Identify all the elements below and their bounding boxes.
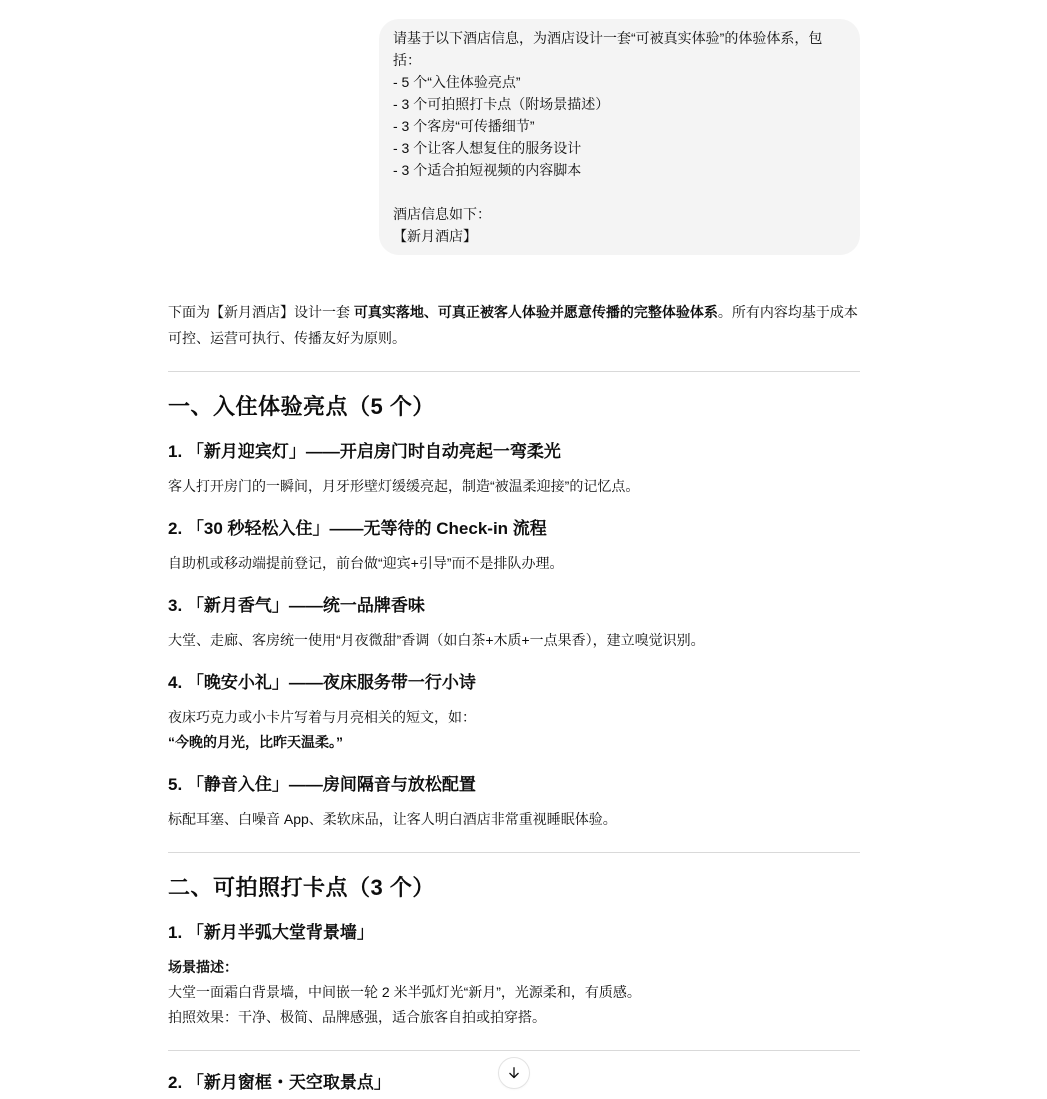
section1-heading: 一、入住体验亮点（5 个）: [168, 392, 860, 422]
user-message-bubble: 请基于以下酒店信息，为酒店设计一套“可被真实体验”的体验体系，包括： - 5 个…: [379, 19, 860, 255]
section1-item5-title: 5. 「静音入住」——房间隔音与放松配置: [168, 773, 860, 797]
section1-item4-body-text: 夜床巧克力或小卡片写着与月亮相关的短文，如：: [168, 709, 476, 725]
intro-text-pre: 下面为【新月酒店】设计一套: [168, 304, 354, 320]
scroll-to-bottom-button[interactable]: [498, 1057, 530, 1089]
intro-text-bold: 可真实落地、可真正被客人体验并愿意传播的完整体验体系: [354, 304, 718, 320]
section1-item2-body: 自助机或移动端提前登记，前台做“迎宾+引导”而不是排队办理。: [168, 551, 860, 576]
assistant-response: 下面为【新月酒店】设计一套 可真实落地、可真正被客人体验并愿意传播的完整体验体系…: [168, 299, 860, 1095]
section1-item1-body: 客人打开房门的一瞬间，月牙形壁灯缓缓亮起，制造“被温柔迎接”的记忆点。: [168, 474, 860, 499]
section1-item5-body: 标配耳塞、白噪音 App、柔软床品，让客人明白酒店非常重视睡眠体验。: [168, 807, 860, 832]
scene-description-label: 场景描述：: [168, 959, 238, 975]
section2-heading: 二、可拍照打卡点（3 个）: [168, 873, 860, 903]
divider: [168, 852, 860, 853]
section2-item1-title: 1. 「新月半弧大堂背景墙」: [168, 921, 860, 945]
conversation: 请基于以下酒店信息，为酒店设计一套“可被真实体验”的体验体系，包括： - 5 个…: [168, 0, 860, 1095]
section1-item4-quote: “今晚的月光，比昨天温柔。”: [168, 734, 343, 750]
scene-description-line1: 大堂一面霜白背景墙，中间嵌一轮 2 米半弧灯光“新月”，光源柔和，有质感。: [168, 984, 641, 1000]
scene-description-line2: 拍照效果：干净、极简、品牌感强，适合旅客自拍或拍穿搭。: [168, 1009, 546, 1025]
user-message-row: 请基于以下酒店信息，为酒店设计一套“可被真实体验”的体验体系，包括： - 5 个…: [168, 0, 860, 255]
section1-item4-title: 4. 「晚安小礼」——夜床服务带一行小诗: [168, 671, 860, 695]
section1-item3-title: 3. 「新月香气」——统一品牌香味: [168, 594, 860, 618]
section2-item1-body: 场景描述：大堂一面霜白背景墙，中间嵌一轮 2 米半弧灯光“新月”，光源柔和，有质…: [168, 955, 860, 1030]
section1-item4-body: 夜床巧克力或小卡片写着与月亮相关的短文，如：“今晚的月光，比昨天温柔。”: [168, 705, 860, 755]
divider: [168, 371, 860, 372]
divider: [168, 1050, 860, 1051]
arrow-down-icon: [505, 1064, 523, 1082]
section1-item3-body: 大堂、走廊、客房统一使用“月夜微甜”香调（如白茶+木质+一点果香），建立嗅觉识别…: [168, 628, 860, 653]
section1-item1-title: 1. 「新月迎宾灯」——开启房门时自动亮起一弯柔光: [168, 440, 860, 464]
section1-item2-title: 2. 「30 秒轻松入住」——无等待的 Check-in 流程: [168, 517, 860, 541]
intro-paragraph: 下面为【新月酒店】设计一套 可真实落地、可真正被客人体验并愿意传播的完整体验体系…: [168, 299, 860, 351]
